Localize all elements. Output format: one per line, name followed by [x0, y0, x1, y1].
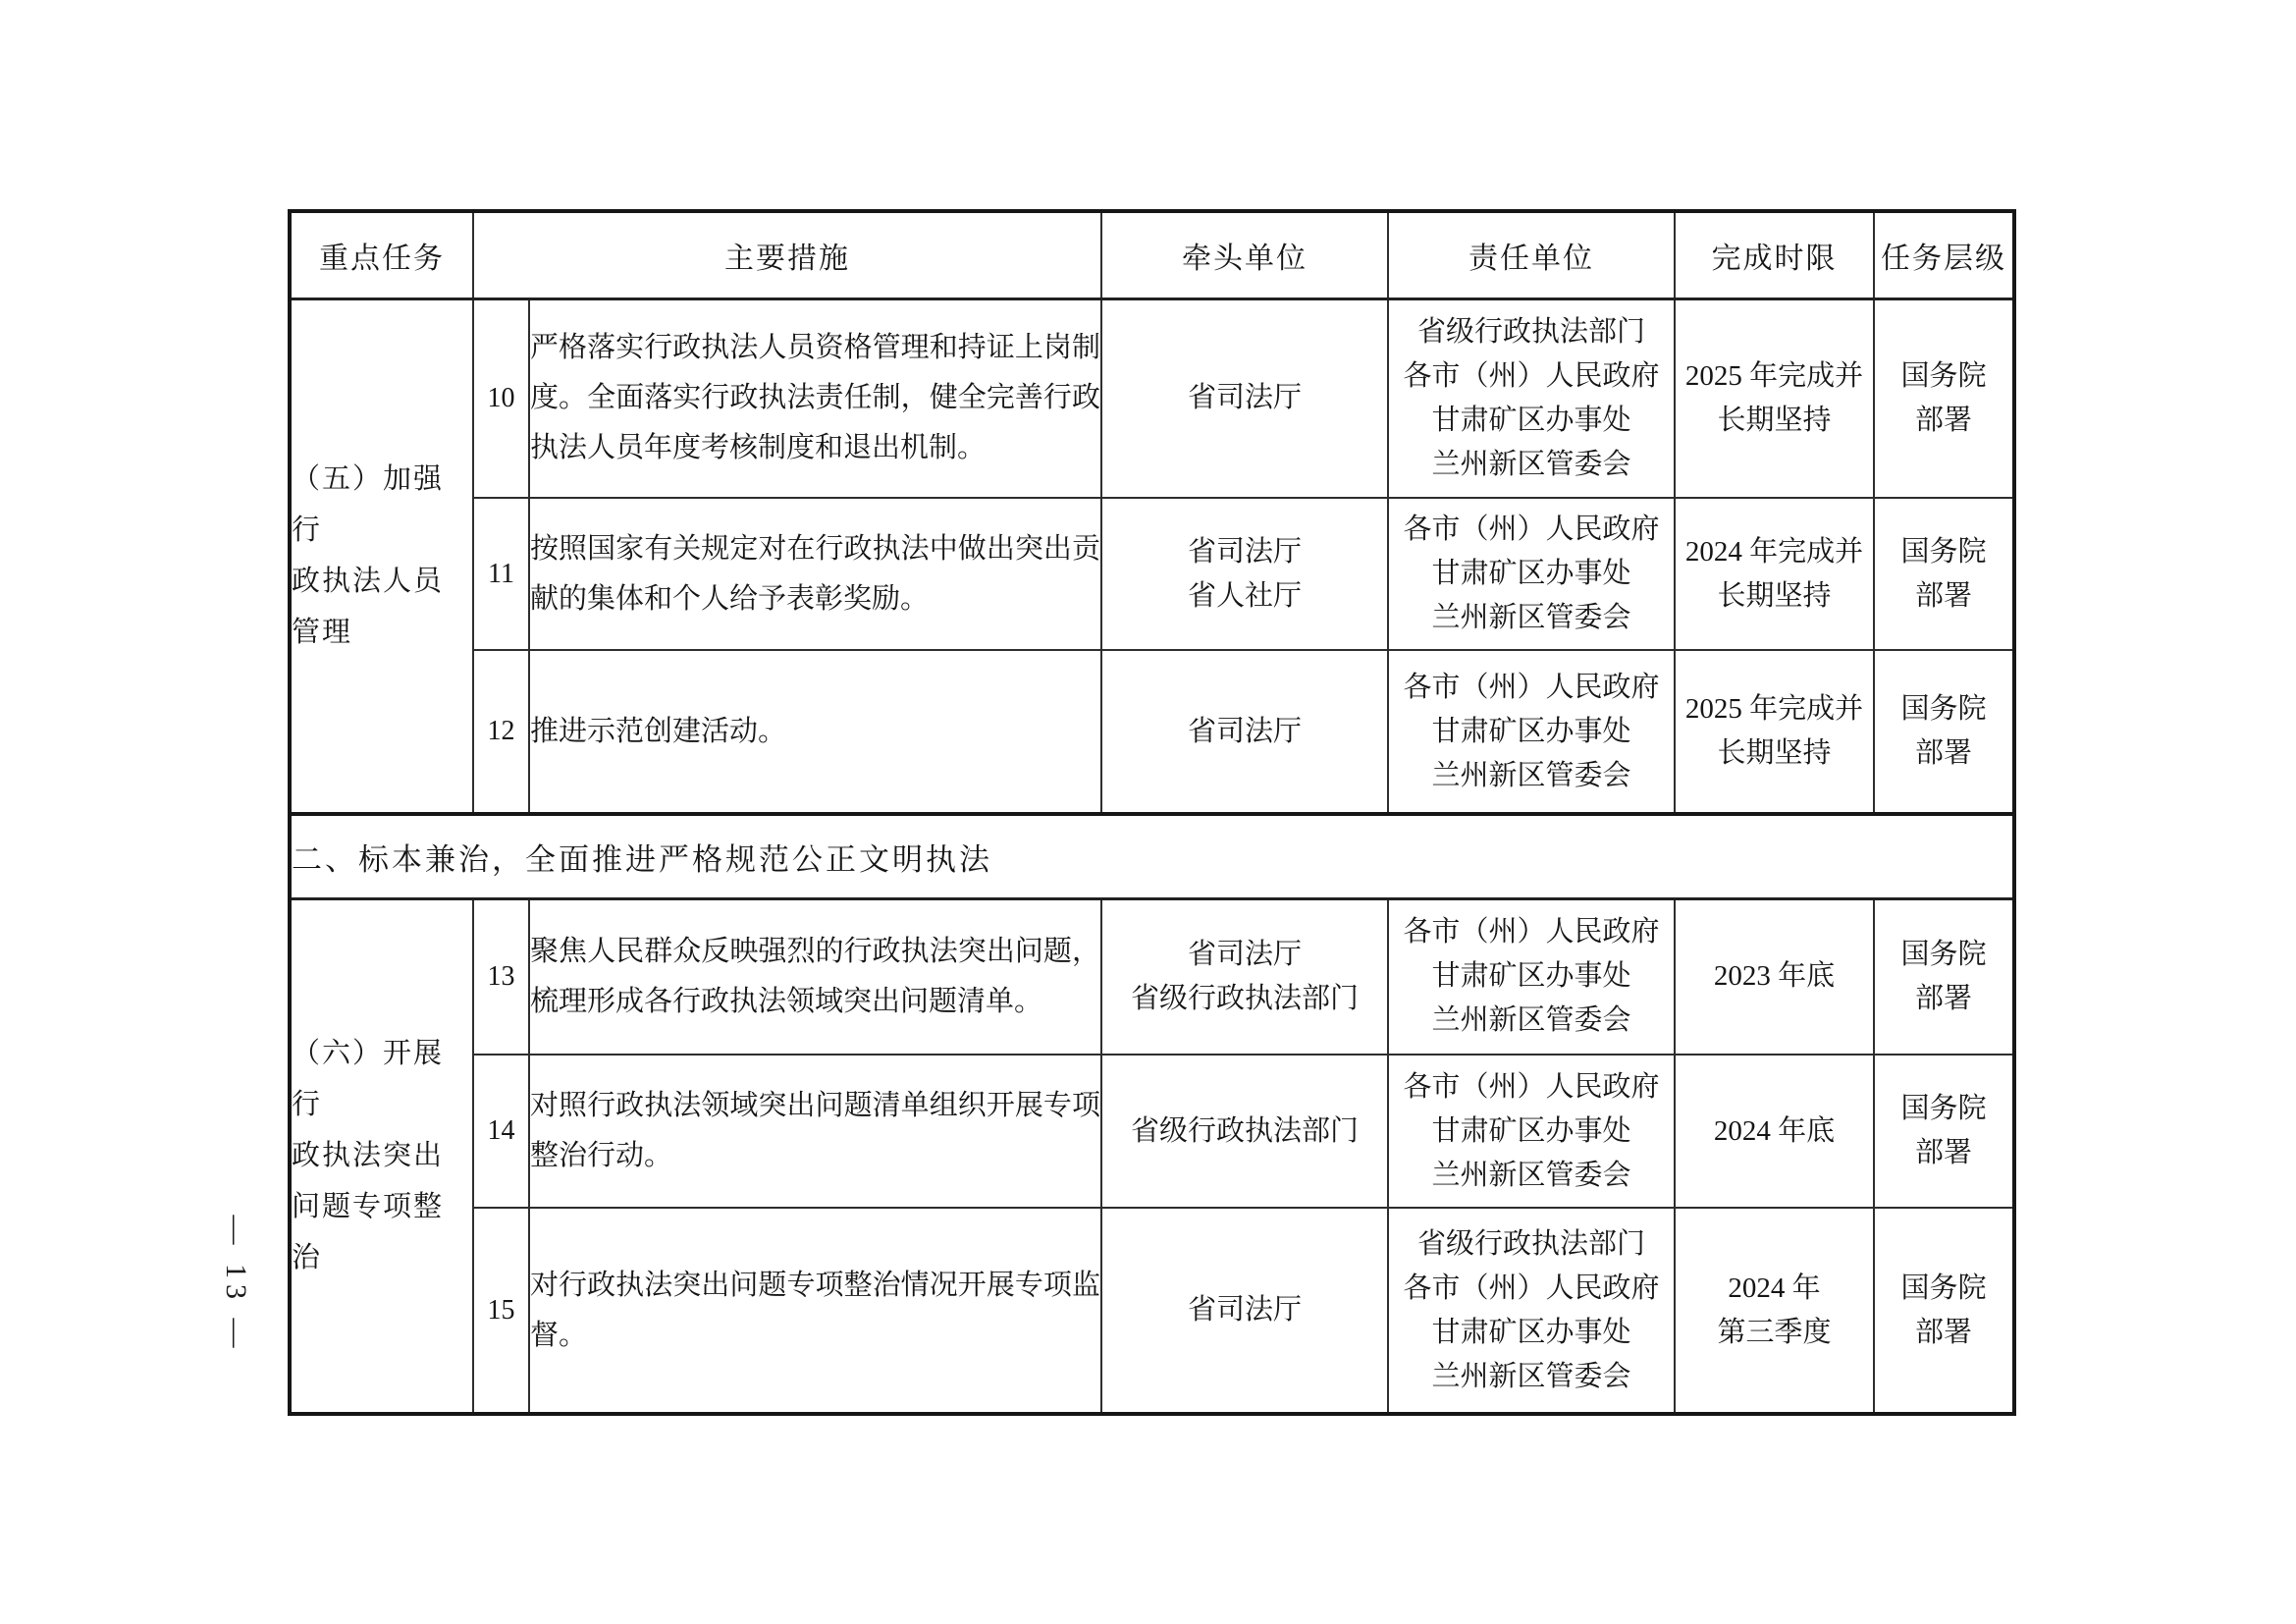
table-header-row: 重点任务 主要措施 牵头单位 责任单位 完成时限 任务层级: [290, 211, 2014, 298]
header-deadline: 完成时限: [1675, 211, 1874, 298]
lead-unit-14: 省级行政执法部门: [1101, 1055, 1388, 1208]
lead-unit-10: 省司法厅: [1101, 298, 1388, 498]
measure-text-13: 聚焦人民群众反映强烈的行政执法突出问题，梳理形成各行政执法领域突出问题清单。: [529, 898, 1101, 1055]
deadline-14: 2024 年底: [1675, 1055, 1874, 1208]
row-number-15: 15: [473, 1208, 529, 1414]
responsible-unit-10: 省级行政执法部门 各市（州）人民政府 甘肃矿区办事处 兰州新区管委会: [1388, 298, 1675, 498]
responsible-unit-15: 省级行政执法部门 各市（州）人民政府 甘肃矿区办事处 兰州新区管委会: [1388, 1208, 1675, 1414]
deadline-15: 2024 年 第三季度: [1675, 1208, 1874, 1414]
measure-text-12: 推进示范创建活动。: [529, 650, 1101, 814]
deadline-11: 2024 年完成并 长期坚持: [1675, 498, 1874, 650]
header-lead-unit: 牵头单位: [1101, 211, 1388, 298]
section-title: 二、标本兼治，全面推进严格规范公正文明执法: [290, 814, 2014, 898]
deadline-13: 2023 年底: [1675, 898, 1874, 1055]
task-level-13: 国务院 部署: [1874, 898, 2014, 1055]
document-page: — 13 — 重点任务 主要措施 牵头单位 责任单位 完成时限 任务层级 （五）…: [0, 0, 2296, 1624]
task-group-5-label: （五）加强行 政执法人员 管理: [290, 298, 473, 814]
responsible-unit-13: 各市（州）人民政府 甘肃矿区办事处 兰州新区管委会: [1388, 898, 1675, 1055]
section-row: 二、标本兼治，全面推进严格规范公正文明执法: [290, 814, 2014, 898]
header-task-level: 任务层级: [1874, 211, 2014, 298]
table-row-10: （五）加强行 政执法人员 管理 10 严格落实行政执法人员资格管理和持证上岗制度…: [290, 298, 2014, 498]
lead-unit-12: 省司法厅: [1101, 650, 1388, 814]
key-tasks-table: 重点任务 主要措施 牵头单位 责任单位 完成时限 任务层级 （五）加强行 政执法…: [288, 209, 2016, 1416]
measure-text-11: 按照国家有关规定对在行政执法中做出突出贡献的集体和个人给予表彰奖励。: [529, 498, 1101, 650]
task-level-14: 国务院 部署: [1874, 1055, 2014, 1208]
header-task: 重点任务: [290, 211, 473, 298]
row-number-12: 12: [473, 650, 529, 814]
row-number-13: 13: [473, 898, 529, 1055]
task-level-10: 国务院 部署: [1874, 298, 2014, 498]
row-number-11: 11: [473, 498, 529, 650]
table-row-13: （六）开展行 政执法突出 问题专项整 治 13 聚焦人民群众反映强烈的行政执法突…: [290, 898, 2014, 1055]
measure-text-10: 严格落实行政执法人员资格管理和持证上岗制度。全面落实行政执法责任制，健全完善行政…: [529, 298, 1101, 498]
header-responsible-unit: 责任单位: [1388, 211, 1675, 298]
row-number-10: 10: [473, 298, 529, 498]
header-measure: 主要措施: [473, 211, 1101, 298]
measure-text-15: 对行政执法突出问题专项整治情况开展专项监督。: [529, 1208, 1101, 1414]
lead-unit-11: 省司法厅 省人社厅: [1101, 498, 1388, 650]
row-number-14: 14: [473, 1055, 529, 1208]
responsible-unit-14: 各市（州）人民政府 甘肃矿区办事处 兰州新区管委会: [1388, 1055, 1675, 1208]
table-row-14: 14 对照行政执法领域突出问题清单组织开展专项整治行动。 省级行政执法部门 各市…: [290, 1055, 2014, 1208]
table-row-11: 11 按照国家有关规定对在行政执法中做出突出贡献的集体和个人给予表彰奖励。 省司…: [290, 498, 2014, 650]
task-group-6-label: （六）开展行 政执法突出 问题专项整 治: [290, 898, 473, 1414]
table-row-12: 12 推进示范创建活动。 省司法厅 各市（州）人民政府 甘肃矿区办事处 兰州新区…: [290, 650, 2014, 814]
lead-unit-13: 省司法厅 省级行政执法部门: [1101, 898, 1388, 1055]
deadline-10: 2025 年完成并 长期坚持: [1675, 298, 1874, 498]
measure-text-14: 对照行政执法领域突出问题清单组织开展专项整治行动。: [529, 1055, 1101, 1208]
responsible-unit-12: 各市（州）人民政府 甘肃矿区办事处 兰州新区管委会: [1388, 650, 1675, 814]
responsible-unit-11: 各市（州）人民政府 甘肃矿区办事处 兰州新区管委会: [1388, 498, 1675, 650]
task-level-15: 国务院 部署: [1874, 1208, 2014, 1414]
task-level-12: 国务院 部署: [1874, 650, 2014, 814]
page-number: — 13 —: [213, 1166, 252, 1402]
task-level-11: 国务院 部署: [1874, 498, 2014, 650]
table-row-15: 15 对行政执法突出问题专项整治情况开展专项监督。 省司法厅 省级行政执法部门 …: [290, 1208, 2014, 1414]
deadline-12: 2025 年完成并 长期坚持: [1675, 650, 1874, 814]
lead-unit-15: 省司法厅: [1101, 1208, 1388, 1414]
